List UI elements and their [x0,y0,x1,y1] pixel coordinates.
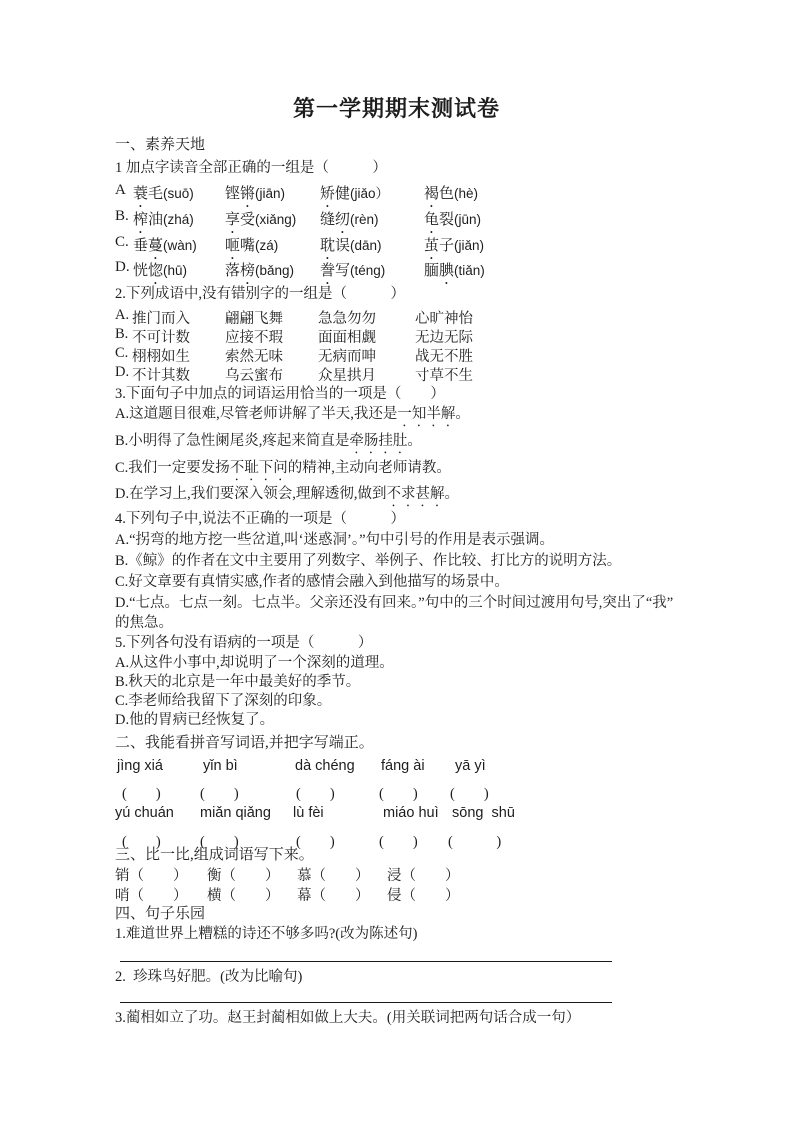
char: 衡 [207,868,222,884]
q5-option-c: C.李老师给我留下了深刻的印象。 [115,691,331,711]
pinyin: (tiǎn) [454,263,485,278]
word-part: 裂 [439,212,454,228]
pinyin: (jiǎo） [350,186,389,201]
pinyin: (zhá) [163,212,194,227]
option-text: A.这道题目很难,尽管老师讲解了半天,我还是 [115,406,397,422]
option-text: C.我们一定要发扬 [115,460,230,476]
idiom: 推门而入 [132,307,190,328]
pinyin: (bǎng) [255,263,294,278]
word-part: 误 [335,238,350,254]
q5-stem: 5.下列各句没有语病的一项是（ ） [115,633,372,653]
q1-option-row-c: C. 垂蔓(wàn) 咂嘴(zá) 耽误(dān) 茧子(jiǎn) [0,234,793,256]
answer-line [120,961,612,962]
q4-stem: 4.下列句子中,说法不正确的一项是（ ） [115,509,405,529]
option-text: 。 [444,486,459,502]
section2-heading: 二、我能看拼音写词语,并把字写端正。 [115,733,374,753]
answer-blank: （ ） [222,868,280,884]
pinyin-word: yǐn bì [203,758,238,774]
q3-option-a: A.这道题目很难,尽管老师讲解了半天,我还是一知半解。 [115,404,470,430]
pinyin-word: dà chéng [295,758,355,774]
char: 浸 [387,868,402,884]
s4-question-1: 1.难道世界上糟糕的诗还不够多吗?(改为陈述句) [115,924,417,944]
idiom: 栩栩如生 [132,345,190,366]
pinyin-word: sōng shū [452,805,515,821]
q4-option-b: B.《鲸》的作者在文中主要用了列数字、举例子、作比较、打比方的说明方法。 [115,551,621,571]
option-text: 的精神,主动向老师请教。 [288,460,451,476]
pinyin-row-1: jìng xiá yǐn bì dà chéng fáng ài yā yì [0,758,793,780]
compare-unit: 浸（ ） [387,864,460,885]
compare-unit: 幕（ ） [297,884,370,905]
idiom: 心旷神怡 [415,307,473,328]
q4-option-a: A.“拐弯的地方挖一些岔道,叫‘迷惑洞’。”句中引号的作用是表示强调。 [115,530,554,550]
char: 侵 [387,888,402,904]
idiom: 不可计数 [132,326,190,347]
s4-question-2: 2. 珍珠鸟好肥。(改为比喻句) [115,967,302,987]
pinyin: (jiān) [255,186,285,201]
answer-blank: ( ) [296,782,335,803]
option-text: D.在学习上,我们要深入领会,理解透彻,做到 [115,486,386,502]
q3-stem: 3.下面句子中加点的词语运用恰当的一项是（ ） [115,384,445,404]
option-text: 。 [455,406,470,422]
word-with-pinyin: 龟裂(jūn) [424,208,481,237]
word-part: 嘴 [240,238,255,254]
dotted-char: 腆 [439,263,454,279]
dotted-char: 蓑 [133,186,148,202]
word-part: 落 [225,263,240,279]
dotted-idiom: 一知半解 [397,406,455,422]
dotted-char: 誊 [320,263,335,279]
pinyin: (zá) [255,238,278,253]
option-label: A [115,182,129,199]
dotted-char: 惚 [148,263,163,279]
q4-option-d-continued: 的焦急。 [115,613,173,633]
compare-unit: 慕（ ） [297,864,370,885]
option-text: B.小明得了急性阑尾炎,疼起来简直是 [115,433,349,449]
q3-option-b: B.小明得了急性阑尾炎,疼起来简直是牵肠挂肚。 [115,431,422,457]
dotted-char: 享 [225,212,240,228]
q5-option-d: D.他的胃病已经恢复了。 [115,710,274,730]
q2-option-row-d: D. 不计其数 乌云蜜布 众星拱月 寸草不生 [0,364,793,386]
pinyin: (suō) [163,186,194,201]
pinyin: (rèn) [350,212,379,227]
answer-blank: （ ） [402,888,460,904]
pinyin: (wàn) [163,238,197,253]
compare-unit: 衡（ ） [207,864,280,885]
word-part: 子 [439,238,454,254]
option-label: D. [115,364,129,381]
pinyin: (jūn) [454,212,481,227]
word-part: 写 [335,263,350,279]
pinyin-word: lù fèi [293,805,324,821]
q4-option-d: D.“七点。七点一刻。七点半。父亲还没有回来。”句中的三个时间过渡用句号,突出了… [115,593,673,613]
idiom: 众星拱月 [318,364,376,385]
compare-unit: 销（ ） [115,864,188,885]
pinyin: (hè) [454,186,478,201]
answer-blank: （ ） [402,868,460,884]
compare-unit: 哨（ ） [115,884,188,905]
q3-option-d: D.在学习上,我们要深入领会,理解透彻,做到不求甚解。 [115,484,459,510]
answer-blank: （ ） [312,888,370,904]
q1-option-row-b: B. 榨油(zhá) 享受(xiǎng) 缝纫(rèn) 龟裂(jūn) [0,208,793,230]
q2-stem: 2.下列成语中,没有错别字的一组是（ ） [115,284,405,304]
answer-blank: ( ) [379,782,418,803]
answer-blank: ( ) [448,830,501,851]
dotted-idiom: 不耻下问 [230,460,288,476]
option-label: C. [115,234,129,251]
char: 哨 [115,888,130,904]
option-label: B. [115,208,129,225]
pinyin-word: yú chuán [115,805,174,821]
word-part: 缝 [320,212,335,228]
option-label: C. [115,345,128,362]
dotted-char: 纫 [335,212,350,228]
answer-line [120,1002,612,1003]
section1-heading: 一、素养天地 [115,135,205,155]
s4-question-3: 3.蔺相如立了功。赵王封蔺相如做上大夫。(用关联词把两句话合成一句） [115,1008,580,1028]
pinyin: (téng) [350,263,385,278]
option-label: B. [115,326,128,343]
q4-option-c: C.好文章要有真情实感,作者的感情会融入到他描写的场景中。 [115,572,509,592]
q1-stem: 1 加点字读音全部正确的一组是（ ） [115,158,387,178]
pinyin-word: miáo huì [383,805,439,821]
word-part: 受 [240,212,255,228]
answer-blank: ( ) [122,782,161,803]
idiom: 应接不瑕 [225,326,283,347]
dotted-char: 茧 [424,238,439,254]
pinyin-row-2: yú chuán miǎn qiǎng lù fèi miáo huì sōng… [0,805,793,827]
answer-blank: （ ） [130,888,188,904]
exam-paper-page: 第一学期期末测试卷 一、素养天地 1 加点字读音全部正确的一组是（ ） A 蓑毛… [0,0,793,1122]
idiom: 翩翩飞舞 [225,307,283,328]
dotted-idiom: 不求甚解 [386,486,444,502]
dotted-idiom: 牵肠挂肚 [349,433,407,449]
compare-row-1: 销（ ） 衡（ ） 慕（ ） 浸（ ） [0,864,793,886]
char: 幕 [297,888,312,904]
q1-option-row-a: A 蓑毛(suō) 铿锵(jiān) 矫健(jiǎo） 褐色(hè) [0,182,793,204]
idiom: 索然无味 [225,345,283,366]
idiom: 不计其数 [132,364,190,385]
answer-blank-row-1: ( ) ( ) ( ) ( ) ( ) [0,782,793,804]
dotted-char: 褐 [424,186,439,202]
answer-blank: （ ） [222,888,280,904]
option-label: A. [115,307,129,324]
answer-blank: ( ) [379,830,418,851]
char: 横 [207,888,222,904]
option-text: 。 [407,433,422,449]
idiom: 面面相觑 [318,326,376,347]
answer-blank: （ ） [130,868,188,884]
dotted-char: 咂 [225,238,240,254]
dotted-char: 矫 [320,186,335,202]
idiom: 战无不胜 [415,345,473,366]
compare-unit: 侵（ ） [387,884,460,905]
pinyin: (jiǎn) [454,238,484,253]
word-with-pinyin: 蓑毛(suō) [133,182,194,211]
word-part: 腼 [424,263,439,279]
dotted-char: 耽 [320,238,335,254]
compare-unit: 横（ ） [207,884,280,905]
word-part: 毛 [148,186,163,202]
idiom: 无边无际 [415,326,473,347]
word-with-pinyin: 铿锵(jiān) [225,182,285,211]
char: 销 [115,868,130,884]
dotted-char: 蔓 [148,238,163,254]
option-label: D. [115,259,130,276]
section4-heading: 四、句子乐园 [115,904,205,924]
answer-blank: ( ) [450,782,489,803]
pinyin: (xiǎng) [255,212,296,227]
dotted-char: 榨 [133,212,148,228]
word-with-pinyin: 榨油(zhá) [133,208,194,237]
word-with-pinyin: 腼腆(tiǎn) [424,259,485,288]
answer-blank: ( ) [200,782,239,803]
word-part: 色 [439,186,454,202]
pinyin-word: yā yì [455,758,486,774]
idiom: 寸草不生 [415,364,473,385]
section3-heading: 三、比一比,组成词语写下来。 [115,845,314,865]
pinyin-word: fáng ài [381,758,425,774]
pinyin-word: jìng xiá [117,758,163,774]
q5-option-b: B.秋天的北京是一年中最美好的季节。 [115,672,360,692]
pinyin: (hū) [163,263,187,278]
idiom: 无病而呻 [318,345,376,366]
answer-blank: （ ） [312,868,370,884]
word-part: 健 [335,186,350,202]
pinyin-word: miǎn qiǎng [200,805,271,821]
idiom: 急急勿勿 [318,307,376,328]
word-with-pinyin: 矫健(jiǎo） [320,182,389,211]
idiom: 乌云蜜布 [225,364,283,385]
pinyin: (dān) [350,238,382,253]
char: 慕 [297,868,312,884]
word-part: 油 [148,212,163,228]
word-with-pinyin: 享受(xiǎng) [225,208,296,237]
word-part: 垂 [133,238,148,254]
compare-row-2: 哨（ ） 横（ ） 幕（ ） 侵（ ） [0,884,793,906]
page-title: 第一学期期末测试卷 [0,92,793,123]
dotted-char: 龟 [424,212,439,228]
q5-option-a: A.从这件小事中,却说明了一个深刻的道理。 [115,653,394,673]
q3-option-c: C.我们一定要发扬不耻下问的精神,主动向老师请教。 [115,458,451,484]
word-part: 恍 [133,263,148,279]
word-with-pinyin: 缝纫(rèn) [320,208,379,237]
q1-option-row-d: D. 恍惚(hū) 落榜(bǎng) 誊写(téng) 腼腆(tiǎn) [0,259,793,281]
dotted-char: 榜 [240,263,255,279]
dotted-char: 锵 [240,186,255,202]
word-part: 铿 [225,186,240,202]
word-with-pinyin: 褐色(hè) [424,182,478,211]
